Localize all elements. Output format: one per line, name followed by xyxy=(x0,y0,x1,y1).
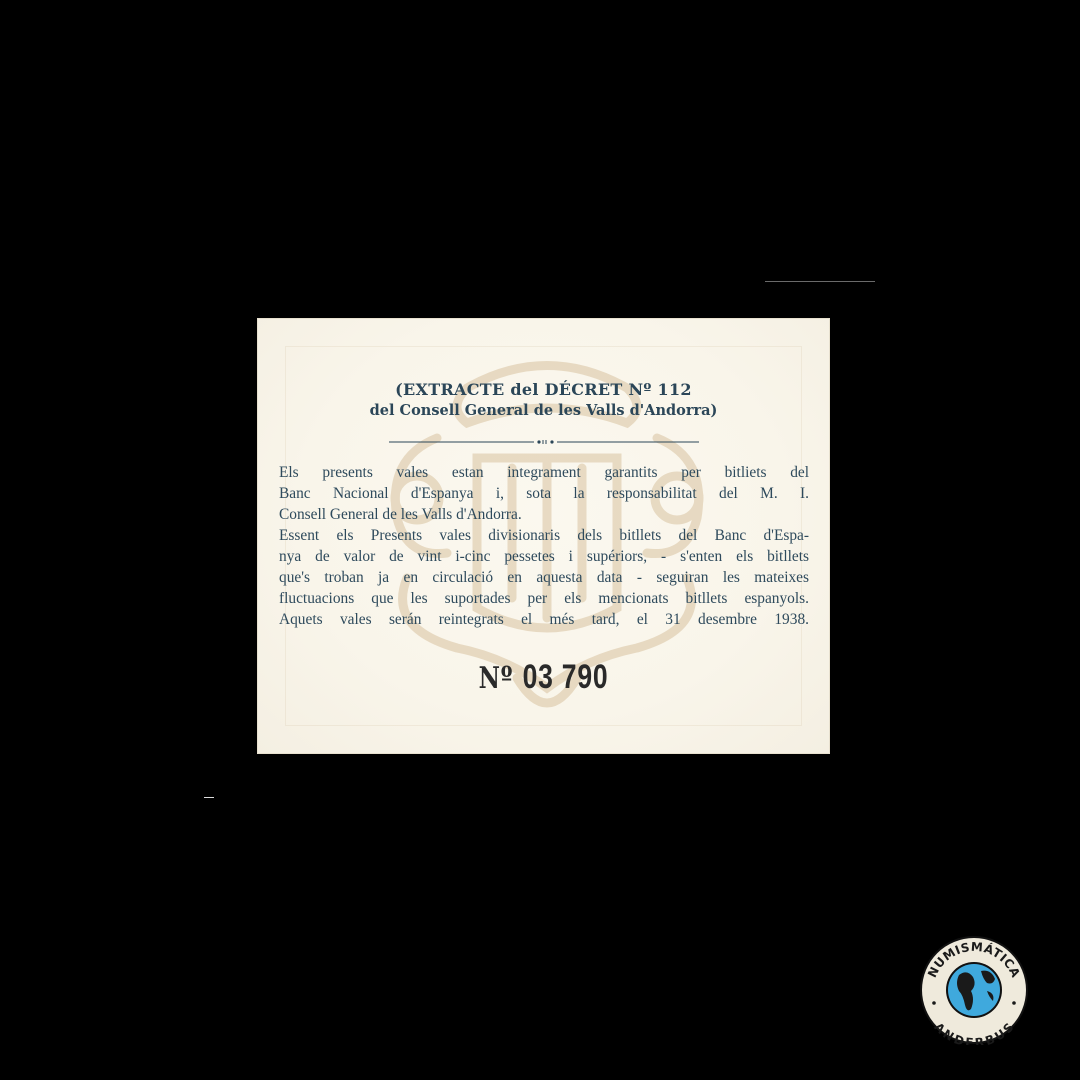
serial-prefix: Nº xyxy=(479,661,514,696)
text-line: Essent els Presents vales divisionaris d… xyxy=(279,525,809,546)
decree-text: Els presents vales estan integrament gar… xyxy=(279,462,809,630)
numismatica-anderbus-logo: NUMISMÁTICA ANDERBUS xyxy=(919,935,1029,1045)
banknote-reverse: (EXTRACTE del DÉCRET Nº 112 del Consell … xyxy=(257,318,830,754)
text-line: Aquets vales serán reintegrats el més ta… xyxy=(279,609,809,630)
text-line: que's troban ja en circulació en aquesta… xyxy=(279,567,809,588)
text-line: fluctuacions que les suportades per els … xyxy=(279,588,809,609)
scan-artifact-line xyxy=(765,281,875,282)
serial-number: Nº03 790 xyxy=(320,658,767,697)
decree-title: (EXTRACTE del DÉCRET Nº 112 xyxy=(257,380,830,399)
scan-artifact-dash xyxy=(204,797,214,798)
globe-icon xyxy=(948,964,1000,1016)
text-line: nya de valor de vint i-cinc pessetes i s… xyxy=(279,546,809,567)
text-line: Banc Nacional d'Espanya i, sota la respo… xyxy=(279,483,809,504)
text-line: Consell General de les Valls d'Andorra. xyxy=(279,504,809,525)
text-line: Els presents vales estan integrament gar… xyxy=(279,462,809,483)
decree-subtitle: del Consell General de les Valls d'Andor… xyxy=(257,402,830,419)
ornamental-divider-icon xyxy=(389,439,699,445)
serial-value: 03 790 xyxy=(523,658,609,696)
